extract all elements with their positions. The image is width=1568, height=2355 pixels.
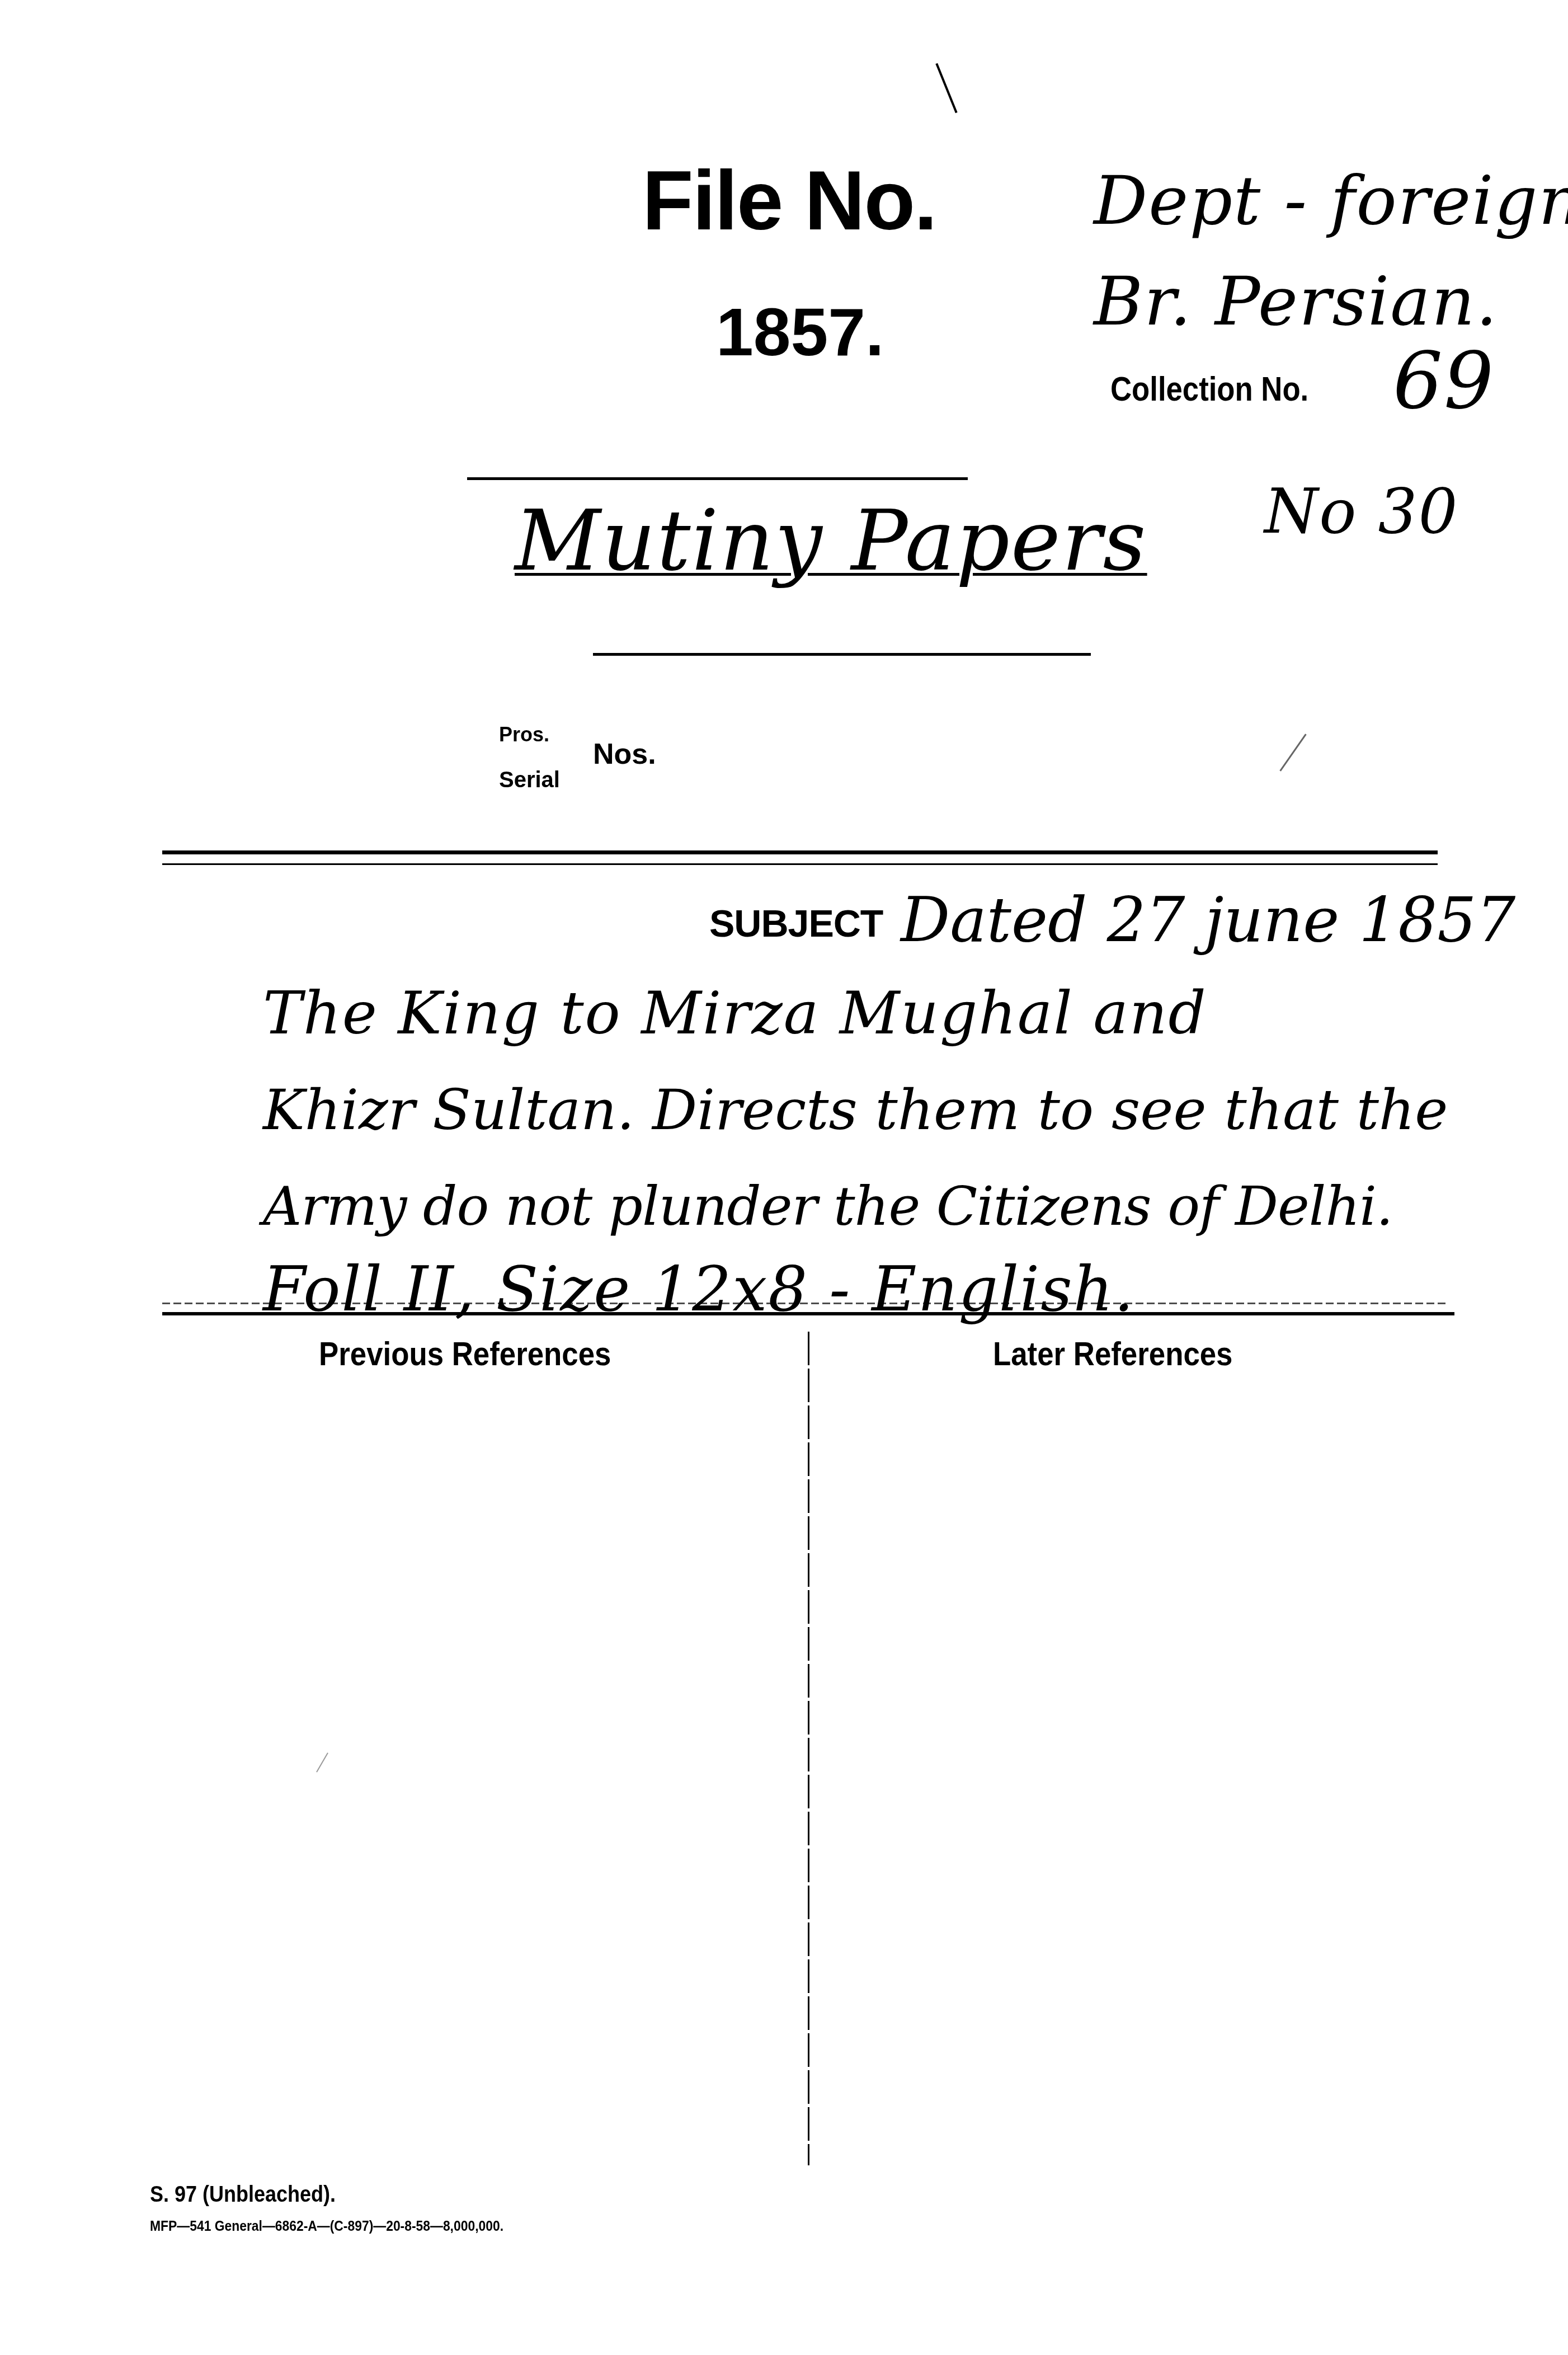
pros-label: Pros. — [499, 723, 549, 746]
references-column-divider — [808, 1332, 809, 2165]
nos-label: Nos. — [593, 737, 656, 771]
stray-mark — [1279, 734, 1306, 771]
item-number-handwritten: No 30 — [1264, 476, 1458, 547]
subject-date-handwritten: Dated 27 june 1857 — [901, 884, 1515, 956]
subject-dotted-line — [162, 1303, 1449, 1304]
serial-label: Serial — [499, 768, 560, 793]
subject-line-2: Khizr Sultan. Directs them to see that t… — [263, 1077, 1448, 1143]
later-references-heading: Later References — [993, 1334, 1232, 1373]
form-label: S. 97 (Unbleached). — [150, 2182, 336, 2207]
file-year: 1857. — [716, 294, 884, 371]
print-code: MFP—541 General—6862-A—(C-897)—20-8-58—8… — [150, 2217, 503, 2235]
collection-label: Collection No. — [1110, 369, 1308, 409]
later-references-area — [817, 1388, 1454, 2160]
file-no-label: File No. — [642, 152, 936, 249]
double-rule-bottom — [162, 863, 1438, 865]
subject-bottom-rule — [162, 1312, 1454, 1315]
previous-references-heading: Previous References — [319, 1334, 611, 1373]
subject-line-1: The King to Mirza Mughal and — [263, 979, 1207, 1047]
subject-label: SUBJECT — [709, 902, 883, 946]
previous-references-area — [162, 1388, 800, 2160]
collection-number: 69 — [1393, 336, 1495, 427]
file-title-handwritten: Mutiny Papers — [515, 492, 1147, 590]
pencil-mark — [935, 63, 957, 114]
file-year-text: 1857. — [716, 295, 884, 370]
branch-handwritten: Br. Persian. — [1094, 263, 1498, 341]
divider-top — [467, 477, 968, 480]
divider-title-bottom — [593, 653, 1091, 656]
subject-line-3: Army do not plunder the Citizens of Delh… — [263, 1175, 1393, 1238]
department-handwritten: Dept - foreign — [1094, 162, 1568, 240]
double-rule-top — [162, 850, 1438, 854]
